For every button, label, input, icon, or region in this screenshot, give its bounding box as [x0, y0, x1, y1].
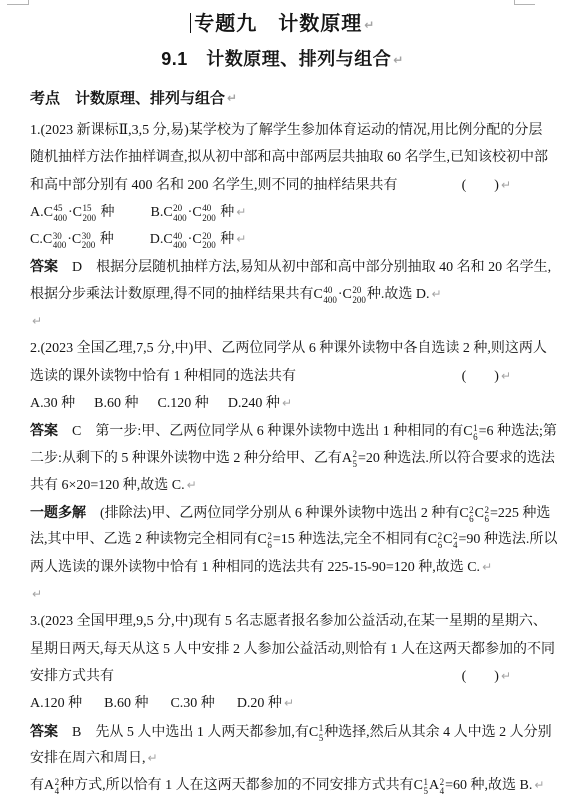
math-term: A25	[342, 445, 358, 472]
text-run: 安排方式共有	[30, 663, 114, 690]
text-line: 有A24种方式,所以恰有 1 人在这两天都参加的不同安排方式共有C15A24=6…	[30, 772, 535, 799]
text-line: 答案 C 第一步:甲、乙两位同学从 6 种课外读物中选出 1 种相同的有C16=…	[30, 417, 535, 444]
text-line: 和高中部分别有 400 名和 200 名学生,则不同的抽样结果共有( )↵	[30, 172, 535, 199]
paragraph-mark-icon: ↵	[148, 745, 158, 772]
text-run: 1.(2023 新课标Ⅱ,3,5 分,易)某学校为了解学生参加体育运动的情况,用…	[30, 117, 542, 144]
text-run: C.30 种	[170, 690, 214, 717]
text-line: 星期日两天,每天从这 5 人中安排 2 人参加公益活动,则恰有 1 人在这两天都…	[30, 636, 535, 663]
paragraph-mark-icon: ↵	[187, 472, 197, 499]
text-line: 两人选读的课外读物中恰有 1 种相同的选法共有 225-15-90=120 种,…	[30, 554, 535, 581]
text-run: D 根据分层随机抽样方法,易知从初中部和高中部分别抽取 40 名和 20 名学生…	[58, 254, 551, 281]
question-3-answer: 答案 B 先从 5 人中选出 1 人两天都参加,有C15种选择,然后从其余 4 …	[30, 718, 535, 800]
paragraph-mark-icon: ↵	[501, 363, 511, 390]
math-term: A24	[44, 772, 60, 799]
exam-point-text: 考点 计数原理、排列与组合	[30, 90, 225, 107]
question-2-answer: 答案 C 第一步:甲、乙两位同学从 6 种课外读物中选出 1 种相同的有C16=…	[30, 417, 535, 499]
spacer	[511, 679, 535, 680]
paragraph-mark-icon: ↵	[534, 772, 544, 799]
text-line: 2.(2023 全国乙理,7,5 分,中)甲、乙两位同学从 6 种课外读物中各自…	[30, 335, 535, 362]
text-line: 二步:从剩下的 5 种课外读物中选 2 种分给甲、乙有A25=20 种选法.所以…	[30, 445, 535, 472]
text-run: 有	[30, 772, 44, 799]
text-run: 一题多解	[30, 499, 86, 526]
math-term: C16	[463, 419, 478, 446]
spacer	[75, 406, 94, 407]
text-run: 二步:从剩下的 5 种课外读物中选 2 种分给甲、乙有	[30, 445, 342, 472]
math-term: C30400	[43, 227, 67, 254]
text-run: =60 种,故选 B.	[445, 772, 532, 799]
paragraph-mark-icon: ↵	[393, 53, 404, 67]
math-term: C26	[428, 527, 443, 554]
text-line: 1.(2023 新课标Ⅱ,3,5 分,易)某学校为了解学生参加体育运动的情况,用…	[30, 117, 535, 144]
question-1-answer: 答案 D 根据分层随机抽样方法,易知从初中部和高中部分别抽取 40 名和 20 …	[30, 253, 535, 308]
text-run: 安排在周六和周日,	[30, 745, 146, 772]
text-run: 种方式,所以恰有 1 人在这两天都参加的不同安排方式共有	[60, 772, 414, 799]
text-run: 答案	[30, 718, 58, 745]
text-run: D.20 种	[237, 690, 282, 717]
text-run: B.60 种	[94, 390, 138, 417]
math-term: C26	[459, 501, 474, 528]
text-run: D.240 种	[228, 390, 280, 417]
text-run: 种	[217, 199, 235, 226]
spacer	[148, 706, 170, 707]
math-term: C40400	[163, 227, 187, 254]
text-run: 两人选读的课外读物中恰有 1 种相同的选法共有 225-15-90=120 种,…	[30, 554, 480, 581]
paragraph-mark-icon: ↵	[32, 308, 42, 335]
text-line: A.30 种B.60 种C.120 种D.240 种↵	[30, 390, 535, 417]
text-run: ( )	[462, 172, 499, 199]
text-line: ↵	[30, 581, 535, 608]
text-line: ↵	[30, 308, 535, 335]
math-term: C15200	[73, 199, 97, 226]
math-term: C20400	[163, 199, 187, 226]
text-line: 法,其中甲、乙选 2 种读物完全相同有C26=15 种选法,完全不相同有C26C…	[30, 526, 535, 553]
text-run: 2.(2023 全国乙理,7,5 分,中)甲、乙两位同学从 6 种课外读物中各自…	[30, 335, 547, 362]
text-run: ( )	[462, 363, 499, 390]
question-2-alt-solution: 一题多解 (排除法)甲、乙两位同学分别从 6 种课外读物中选出 2 种有C26C…	[30, 499, 535, 581]
text-line: 答案 B 先从 5 人中选出 1 人两天都参加,有C15种选择,然后从其余 4 …	[30, 718, 535, 745]
text-run: 种选择,然后从其余 4 人中选 2 人分别	[324, 719, 552, 746]
paragraph-mark-icon: ↵	[364, 18, 375, 32]
exam-point-heading: 考点 计数原理、排列与组合↵	[30, 86, 535, 111]
math-term: C20200	[192, 227, 216, 254]
text-cursor	[190, 13, 192, 33]
text-line: C.C30400·C30200 种D.C40400·C20200 种↵	[30, 226, 535, 253]
empty-paragraph: ↵	[30, 308, 535, 335]
text-line: 共有 6×20=120 种,故选 C.↵	[30, 472, 535, 499]
text-run: 根据分步乘法计数原理,得不同的抽样结果共有	[30, 281, 314, 308]
text-run: 答案	[30, 253, 58, 280]
question-3-stem: 3.(2023 全国甲理,9,5 分,中)现有 5 名志愿者报名参加公益活动,在…	[30, 608, 535, 690]
section-title: 9.1 计数原理、排列与组合↵	[30, 43, 535, 76]
text-run: ( )	[462, 663, 499, 690]
text-run: B.60 种	[104, 690, 148, 717]
text-run: C.120 种	[157, 390, 208, 417]
question-2-stem: 2.(2023 全国乙理,7,5 分,中)甲、乙两位同学从 6 种课外读物中各自…	[30, 335, 535, 390]
page-title-text: 专题九 计数原理	[194, 13, 362, 35]
text-run: 种	[96, 226, 114, 253]
text-line: A.C45400·C15200 种B.C20400·C40200 种↵	[30, 199, 535, 226]
math-term: C15	[309, 719, 324, 746]
question-1-options: A.C45400·C15200 种B.C20400·C40200 种↵C.C30…	[30, 199, 535, 254]
text-run: 法,其中甲、乙选 2 种读物完全相同有	[30, 526, 258, 553]
math-term: C40200	[192, 199, 216, 226]
paragraph-mark-icon: ↵	[501, 663, 511, 690]
text-run: 星期日两天,每天从这 5 人中安排 2 人参加公益活动,则恰有 1 人在这两天都…	[30, 636, 555, 663]
math-term: C26	[475, 501, 490, 528]
text-run: B.	[150, 199, 163, 226]
text-line: A.120 种B.60 种C.30 种D.20 种↵	[30, 690, 535, 717]
spacer	[82, 706, 104, 707]
math-term: C45400	[44, 199, 68, 226]
text-run: 种	[97, 199, 115, 226]
section-title-text: 9.1 计数原理、排列与组合	[161, 49, 391, 69]
text-line: 答案 D 根据分层随机抽样方法,易知从初中部和高中部分别抽取 40 名和 20 …	[30, 253, 535, 280]
math-term: C30200	[72, 227, 96, 254]
crop-mark-top-left-icon	[7, 4, 28, 5]
paragraph-mark-icon: ↵	[236, 226, 246, 253]
paragraph-mark-icon: ↵	[482, 554, 492, 581]
question-2-options: A.30 种B.60 种C.120 种D.240 种↵	[30, 390, 535, 417]
text-line: 一题多解 (排除法)甲、乙两位同学分别从 6 种课外读物中选出 2 种有C26C…	[30, 499, 535, 526]
question-1-stem: 1.(2023 新课标Ⅱ,3,5 分,易)某学校为了解学生参加体育运动的情况,用…	[30, 117, 535, 199]
spacer	[209, 406, 228, 407]
paragraph-mark-icon: ↵	[501, 172, 511, 199]
page-title: 专题九 计数原理↵	[30, 9, 535, 40]
spacer	[215, 706, 237, 707]
text-run: 答案	[30, 417, 58, 444]
math-term: C20200	[343, 281, 367, 308]
text-run: A.	[30, 199, 44, 226]
math-term: C40400	[314, 281, 338, 308]
text-line: 随机抽样方法作抽样调查,拟从初中部和高中部两层共抽取 60 名学生,已知该校初中…	[30, 144, 535, 171]
text-run: 随机抽样方法作抽样调查,拟从初中部和高中部两层共抽取 60 名学生,已知该校初中…	[30, 144, 548, 171]
paragraph-mark-icon: ↵	[32, 581, 42, 608]
math-term: A24	[429, 772, 445, 799]
document-page: { "icons": { "paragraph_mark": "↵" }, "h…	[0, 0, 562, 803]
text-run: =15 种选法,完全不相同有	[273, 526, 428, 553]
text-run: A.120 种	[30, 690, 82, 717]
paragraph-mark-icon: ↵	[431, 281, 441, 308]
paragraph-mark-icon: ↵	[227, 91, 237, 105]
text-run: C.	[30, 226, 43, 253]
document-body: 专题九 计数原理↵ 9.1 计数原理、排列与组合↵ 考点 计数原理、排列与组合↵…	[30, 0, 535, 799]
text-run: 种.故选 D.	[367, 281, 430, 308]
text-run: 和高中部分别有 400 名和 200 名学生,则不同的抽样结果共有	[30, 172, 398, 199]
spacer	[114, 215, 150, 216]
paragraph-mark-icon: ↵	[236, 199, 246, 226]
text-run: =20 种选法.所以符合要求的选法	[358, 445, 555, 472]
text-line: 安排方式共有( )↵	[30, 663, 535, 690]
spacer	[511, 379, 535, 380]
text-run: =90 种选法.所以	[458, 526, 557, 553]
text-line: 安排在周六和周日,↵	[30, 745, 535, 772]
text-run: (排除法)甲、乙两位同学分别从 6 种课外读物中选出 2 种有	[86, 500, 459, 527]
text-run: =6 种选法;第	[479, 418, 557, 445]
text-run: D.	[150, 226, 164, 253]
exercise-content: 1.(2023 新课标Ⅱ,3,5 分,易)某学校为了解学生参加体育运动的情况,用…	[30, 117, 535, 799]
text-line: 选读的课外读物中恰有 1 种相同的选法共有( )↵	[30, 363, 535, 390]
text-run: =225 种选	[490, 500, 550, 527]
math-term: C24	[443, 527, 458, 554]
spacer	[114, 242, 150, 243]
spacer	[511, 188, 535, 189]
crop-mark-top-left-icon	[28, 0, 29, 5]
text-run: A.30 种	[30, 390, 75, 417]
text-line: 根据分步乘法计数原理,得不同的抽样结果共有C40400·C20200种.故选 D…	[30, 281, 535, 308]
text-run: B 先从 5 人中选出 1 人两天都参加,有	[58, 719, 309, 746]
spacer	[138, 406, 157, 407]
text-run: 3.(2023 全国甲理,9,5 分,中)现有 5 名志愿者报名参加公益活动,在…	[30, 608, 547, 635]
text-run: C 第一步:甲、乙两位同学从 6 种课外读物中选出 1 种相同的有	[58, 418, 463, 445]
text-run: 选读的课外读物中恰有 1 种相同的选法共有	[30, 363, 296, 390]
text-run: 共有 6×20=120 种,故选 C.	[30, 472, 185, 499]
paragraph-mark-icon: ↵	[282, 390, 292, 417]
empty-paragraph: ↵	[30, 581, 535, 608]
text-run: 种	[217, 226, 235, 253]
math-term: C26	[258, 527, 273, 554]
question-3-options: A.120 种B.60 种C.30 种D.20 种↵	[30, 690, 535, 717]
math-term: C15	[414, 772, 429, 799]
paragraph-mark-icon: ↵	[284, 690, 294, 717]
text-line: 3.(2023 全国甲理,9,5 分,中)现有 5 名志愿者报名参加公益活动,在…	[30, 608, 535, 635]
